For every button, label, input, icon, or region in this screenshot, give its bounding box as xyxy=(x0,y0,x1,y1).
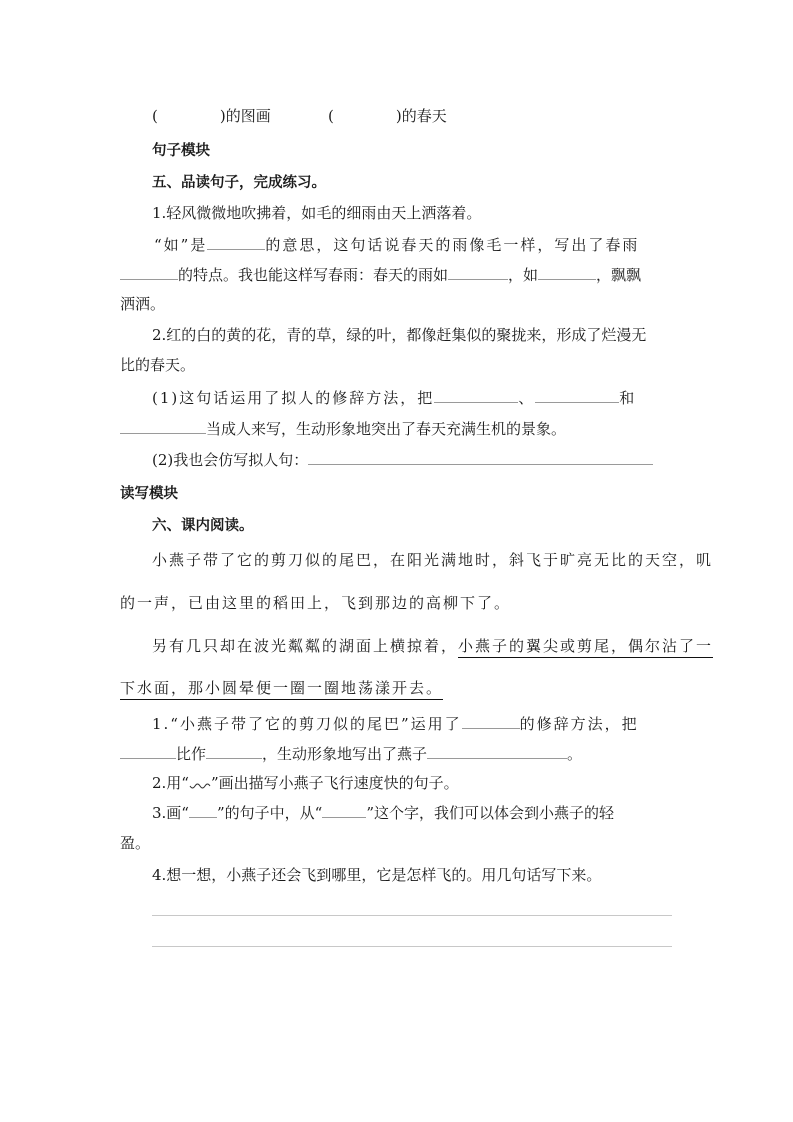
underlined-sentence-cont: 下水面，那小圆晕便一圈一圈地荡漾开去。 xyxy=(120,679,443,700)
sentence-2-line2: 比的春天。 xyxy=(120,355,195,375)
sentence-2-q1-line2: 当成人来写，生动形象地突出了春天充满生机的景象。 xyxy=(120,419,566,439)
fill-item-spring: ()的春天 xyxy=(328,106,447,126)
blank-compared-object[interactable] xyxy=(120,744,176,759)
sentence-2-line1: 2.红的白的黄的花，青的草，绿的叶，都像赶集似的聚拢来，形成了烂漫无 xyxy=(152,325,646,345)
blank-rain-like-2[interactable] xyxy=(538,265,596,280)
blank-personify-2[interactable] xyxy=(535,388,619,403)
sentence-1-question-line2: 的特点。我也能这样写春雨：春天的雨如，如，飘飘 xyxy=(120,265,641,285)
sentence-1-question-line1: “如”是的意思，这句话说春天的雨像毛一样，写出了春雨 xyxy=(154,235,639,255)
reading-q1-line2: 比作，生动形象地写出了燕子。 xyxy=(120,744,582,764)
section-title-sentence: 句子模块 xyxy=(152,141,210,161)
blank-spring[interactable] xyxy=(334,107,396,121)
reading-q3-line2: 盈。 xyxy=(120,833,150,853)
blank-swallow-feature[interactable] xyxy=(427,744,567,759)
sentence-1-question-line3: 洒洒。 xyxy=(120,294,165,314)
sentence-2-q2: (2)我也会仿写拟人句： xyxy=(152,450,653,470)
blank-rain-feature[interactable] xyxy=(120,265,178,280)
reading-q2: 2.用“”画出描写小燕子飞行速度快的句子。 xyxy=(152,773,459,793)
sentence-2-q1-line1: (1)这句话运用了拟人的修辞方法，把、和 xyxy=(152,388,636,408)
reading-q4: 4.想一想，小燕子还会飞到哪里，它是怎样飞的。用几句话写下来。 xyxy=(152,865,601,885)
passage-paragraph-2-line2: 下水面，那小圆晕便一圈一圈地荡漾开去。 xyxy=(120,678,443,698)
blank-compared-to[interactable] xyxy=(206,744,262,759)
section-title-reading: 读写模块 xyxy=(120,484,178,504)
blank-imitate-sentence[interactable] xyxy=(308,450,653,465)
blank-key-character[interactable] xyxy=(322,803,366,818)
blank-ru-meaning[interactable] xyxy=(207,235,265,250)
blank-rhetoric[interactable] xyxy=(462,714,520,729)
sentence-1: 1.轻风微微地吹拂着，如毛的细雨由天上洒落着。 xyxy=(152,203,481,223)
straight-underline-sample xyxy=(189,803,217,818)
answer-line-1[interactable] xyxy=(152,915,672,916)
question-6-title: 六、课内阅读。 xyxy=(152,516,254,536)
blank-rain-like-1[interactable] xyxy=(448,265,508,280)
blank-personify-1[interactable] xyxy=(434,388,518,403)
fill-item-picture: ()的图画 xyxy=(152,106,271,126)
passage-paragraph-1-line2: 的一声，已由这里的稻田上，飞到那边的高柳下了。 xyxy=(120,593,511,613)
passage-paragraph-1-line1: 小燕子带了它的剪刀似的尾巴，在阳光满地时，斜飞于旷亮无比的天空，叽 xyxy=(152,550,713,570)
reading-q1-line1: 1.“小燕子带了它的剪刀似的尾巴”运用了的修辞方法，把 xyxy=(152,714,639,734)
underlined-sentence: 小燕子的翼尖或剪尾，偶尔沾了一 xyxy=(458,637,713,658)
wavy-underline-icon xyxy=(189,780,211,790)
passage-paragraph-2-line1: 另有几只却在波光粼粼的湖面上横掠着，小燕子的翼尖或剪尾，偶尔沾了一 xyxy=(152,636,713,656)
blank-personify-3[interactable] xyxy=(120,419,206,434)
blank-picture[interactable] xyxy=(158,107,220,121)
answer-line-2[interactable] xyxy=(152,946,672,947)
reading-q3-line1: 3.画“”的句子中，从“”这个字，我们可以体会到小燕子的轻 xyxy=(152,803,614,823)
question-5-title: 五、品读句子，完成练习。 xyxy=(152,173,326,193)
